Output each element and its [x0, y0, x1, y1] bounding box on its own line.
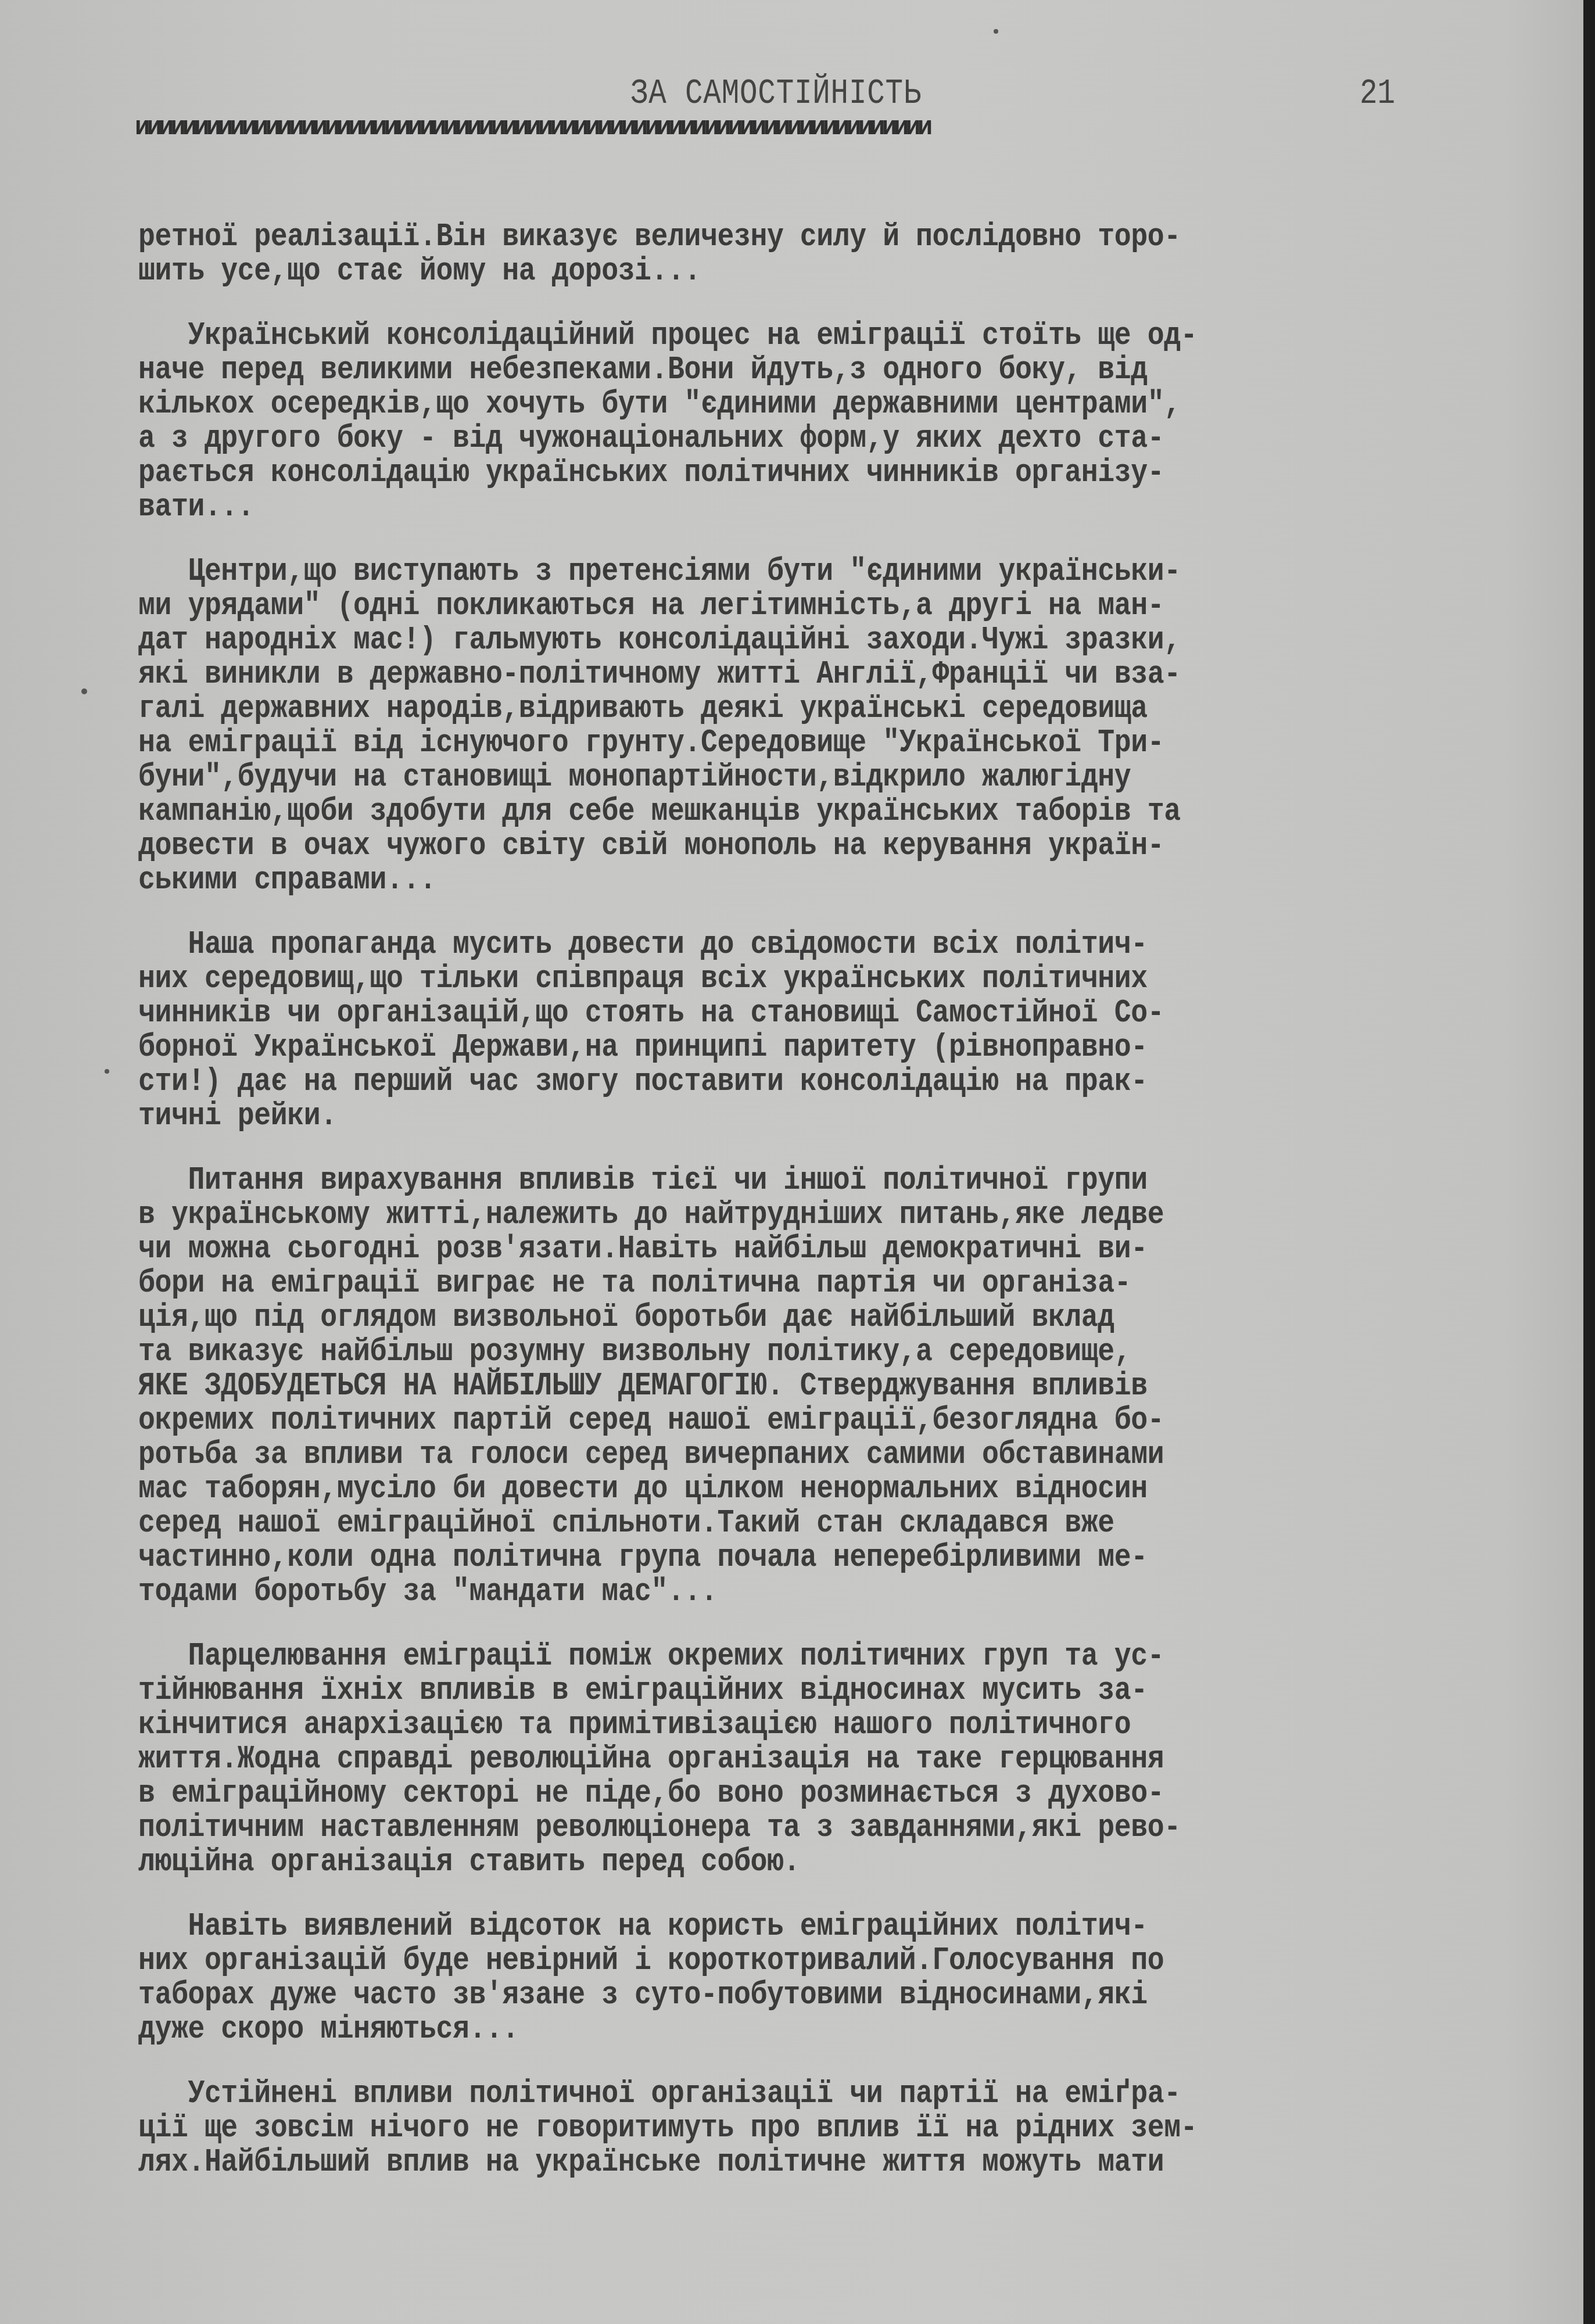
text-line: буни",будучи на становищі монопартійност… [138, 760, 1338, 794]
text-line: ції ще зовсім нічого не говоритимуть про… [138, 2111, 1338, 2145]
text-line: ськими справами... [138, 863, 1338, 897]
text-line: бори на еміграції виграє не та політична… [138, 1266, 1338, 1300]
text-line: лях.Найбільший вплив на українське політ… [138, 2145, 1338, 2179]
text-line: таборах дуже часто зв'язане з суто-побут… [138, 1978, 1338, 2012]
text-line: серед нашої еміграційної спільноти.Такий… [138, 1506, 1338, 1540]
text-line: кінчитися анархізацією та примітивізаціє… [138, 1708, 1338, 1742]
text-line: ція,що під оглядом визвольної боротьби д… [138, 1300, 1338, 1335]
paragraph: Навіть виявлений відсоток на користь емі… [138, 1909, 1533, 2046]
text-line: рається консолідацію українських політич… [138, 456, 1338, 490]
text-line: Навіть виявлений відсоток на користь емі… [138, 1909, 1338, 1943]
text-line: політичним наставленням революціонера та… [138, 1810, 1338, 1845]
text-line: вати... [138, 490, 1338, 524]
text-line: тійнювання їхніх впливів в еміграційних … [138, 1673, 1338, 1708]
text-line: Устійнені впливи політичної організації … [138, 2076, 1338, 2111]
paper-speck [904, 1647, 909, 1652]
paper-speck [105, 1069, 109, 1074]
text-line: ми урядами" (одні покликаються на легіти… [138, 589, 1338, 623]
text-line: а з другого боку - від чужонаціональних … [138, 421, 1338, 456]
document-page: ЗА САМОСТІЙНІСТЬ 21 ииииииииииииииииииии… [0, 0, 1583, 2324]
text-line: них організацій буде невірний і короткот… [138, 1943, 1338, 1978]
body-text: ретної реалізації.Він виказує величезну … [138, 220, 1533, 2179]
text-line: та виказує найбільш розумну визвольну по… [138, 1335, 1338, 1369]
text-line: окремих політичних партій серед нашої ем… [138, 1403, 1338, 1437]
text-line: Український консолідаційний процес на ем… [138, 318, 1338, 353]
text-line: них середовищ,що тільки співпраця всіх у… [138, 962, 1338, 996]
paper-speck [994, 29, 998, 34]
text-line: сти!) дає на перший час змогу поставити … [138, 1064, 1338, 1099]
paper-speck [81, 688, 87, 694]
text-line: в українському житті,належить до найтруд… [138, 1197, 1338, 1232]
paragraph: Устійнені впливи політичної організації … [138, 2076, 1533, 2179]
text-line: наче перед великими небезпеками.Вони йду… [138, 353, 1338, 387]
text-line: чи можна сьогодні розв'язати.Навіть найб… [138, 1232, 1338, 1266]
text-line: борної Української Держави,на принципі п… [138, 1030, 1338, 1064]
typed-separator-rule: ииииииииииииииииииииииииииииииииииииииии… [135, 116, 1471, 139]
text-line: життя.Жодна справді революційна організа… [138, 1742, 1338, 1776]
paragraph: Український консолідаційний процес на ем… [138, 318, 1533, 524]
text-line: галі державних народів,відривають деякі … [138, 691, 1338, 726]
text-line: дат народніх мас!) гальмують консолідаці… [138, 623, 1338, 657]
paragraph: Центри,що виступають з претенсіями бути … [138, 554, 1533, 897]
page-number: 21 [1360, 73, 1395, 114]
page-header: ЗА САМОСТІЙНІСТЬ 21 [0, 73, 1583, 119]
text-line: тичні рейки. [138, 1099, 1338, 1133]
text-line: в еміграційному секторі не піде,бо воно … [138, 1776, 1338, 1810]
text-line: Наша пропаганда мусить довести до свідом… [138, 927, 1338, 962]
text-line: чинників чи організацій,що стоять на ста… [138, 996, 1338, 1030]
text-line: на еміграції від існуючого грунту.Середо… [138, 726, 1338, 760]
text-line: Центри,що виступають з претенсіями бути … [138, 554, 1338, 589]
text-line: мас таборян,мусіло би довести до цілком … [138, 1472, 1338, 1506]
scan-edge [1583, 0, 1595, 2324]
text-line: тодами боротьбу за "мандати мас"... [138, 1575, 1338, 1609]
text-line: кампанію,щоби здобути для себе мешканців… [138, 794, 1338, 829]
text-line: які виникли в державно-політичному житті… [138, 657, 1338, 691]
text-line: Парцелювання еміграції поміж окремих пол… [138, 1639, 1338, 1673]
text-line: дуже скоро міняються... [138, 2012, 1338, 2046]
paragraph: ретної реалізації.Він виказує величезну … [138, 220, 1533, 288]
text-line: ЯКЕ ЗДОБУДЕТЬСЯ НА НАЙБІЛЬШУ ДЕМАГОГІЮ. … [138, 1369, 1338, 1403]
paragraph: Питання вирахування впливів тієї чи іншо… [138, 1163, 1533, 1609]
text-line: довести в очах чужого світу свій монопол… [138, 829, 1338, 863]
running-title: ЗА САМОСТІЙНІСТЬ [630, 73, 922, 114]
text-line: ретної реалізації.Він виказує величезну … [138, 220, 1338, 254]
text-line: кількох осередків,що хочуть бути "єдиним… [138, 387, 1338, 421]
text-line: шить усе,що стає йому на дорозі... [138, 254, 1338, 288]
paragraph: Наша пропаганда мусить довести до свідом… [138, 927, 1533, 1133]
text-line: люційна організація ставить перед собою. [138, 1845, 1338, 1879]
text-line: частинно,коли одна політична група почал… [138, 1540, 1338, 1575]
text-line: Питання вирахування впливів тієї чи іншо… [138, 1163, 1338, 1197]
text-line: ротьба за впливи та голоси серед вичерпа… [138, 1437, 1338, 1472]
paragraph: Парцелювання еміграції поміж окремих пол… [138, 1639, 1533, 1879]
